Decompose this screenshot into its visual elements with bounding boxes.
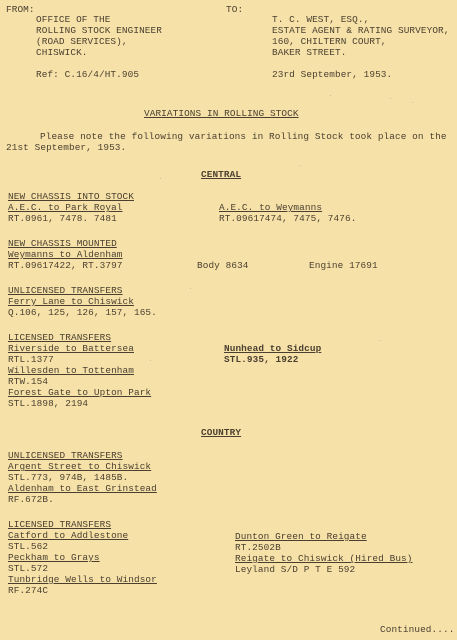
to-line: 160, CHILTERN COURT, <box>272 36 387 47</box>
subheading: NEW CHASSIS INTO STOCK <box>8 191 134 202</box>
route: Willesden to Tottenham <box>8 365 134 376</box>
body-number: Body 8634 <box>197 260 249 271</box>
route: Ferry Lane to Chiswick <box>8 296 134 307</box>
from-line: (ROAD SERVICES), <box>36 36 128 47</box>
vehicle-numbers: RT.0961, 7478. 7481 <box>8 213 117 224</box>
vehicle-numbers: RF.672B. <box>8 494 54 505</box>
route: Peckham to Grays <box>8 552 100 563</box>
route: Dunton Green to Reigate <box>235 531 367 542</box>
document-title: VARIATIONS IN ROLLING STOCK <box>144 108 299 119</box>
route: Riverside to Battersea <box>8 343 134 354</box>
vehicle-numbers: RT.09617422, RT.3797 <box>8 260 123 271</box>
paper-speck <box>390 98 391 99</box>
vehicle-numbers: RTW.154 <box>8 376 48 387</box>
to-label: TO: <box>226 4 243 15</box>
vehicle-numbers: STL.773, 974B, 1485B. <box>8 472 128 483</box>
document-date: 23rd September, 1953. <box>272 69 392 80</box>
paper-speck <box>150 360 151 361</box>
route: Catford to Addlestone <box>8 530 128 541</box>
subheading: UNLICENSED TRANSFERS <box>8 450 123 461</box>
paper-speck <box>330 95 331 96</box>
route: Weymanns to Aldenham <box>8 249 123 260</box>
from-line: ROLLING STOCK ENGINEER <box>36 25 162 36</box>
paper-speck <box>160 178 161 179</box>
paper-speck <box>190 288 191 289</box>
engine-number: Engine 17691 <box>309 260 378 271</box>
continued-note: Continued.... <box>380 624 454 635</box>
route: Tunbridge Wells to Windsor <box>8 574 157 585</box>
subheading: LICENSED TRANSFERS <box>8 519 111 530</box>
to-line: T. C. WEST, ESQ., <box>272 14 369 25</box>
section-heading-central: CENTRAL <box>201 169 241 180</box>
route: A.E.C. to Weymanns <box>219 202 322 213</box>
route: Forest Gate to Upton Park <box>8 387 151 398</box>
paper-speck <box>300 165 301 166</box>
to-line: ESTATE AGENT & RATING SURVEYOR, <box>272 25 450 36</box>
vehicle-numbers: RTL.1377 <box>8 354 54 365</box>
paper-speck <box>380 340 381 341</box>
section-heading-country: COUNTRY <box>201 427 241 438</box>
vehicle-numbers: STL.935, 1922 <box>224 354 298 365</box>
vehicle-numbers: STL.1898, 2194 <box>8 398 88 409</box>
subheading: LICENSED TRANSFERS <box>8 332 111 343</box>
from-line: CHISWICK. <box>36 47 88 58</box>
intro-text: Please note the following variations in … <box>40 131 447 142</box>
vehicle-numbers: Q.106, 125, 126, 157, 165. <box>8 307 157 318</box>
document-page: FROM: OFFICE OF THE ROLLING STOCK ENGINE… <box>0 0 457 640</box>
vehicle-numbers: Leyland S/D P T E 592 <box>235 564 355 575</box>
route: Argent Street to Chiswick <box>8 461 151 472</box>
vehicle-numbers: RF.274C <box>8 585 48 596</box>
from-label: FROM: <box>6 4 35 15</box>
vehicle-numbers: STL.562 <box>8 541 48 552</box>
from-line: OFFICE OF THE <box>36 14 110 25</box>
route: Aldenham to East Grinstead <box>8 483 157 494</box>
subheading: UNLICENSED TRANSFERS <box>8 285 123 296</box>
reference-number: Ref: C.16/4/HT.905 <box>36 69 139 80</box>
to-line: BAKER STREET. <box>272 47 346 58</box>
route: Nunhead to Sidcup <box>224 343 321 354</box>
vehicle-numbers: RT.09617474, 7475, 7476. <box>219 213 356 224</box>
paper-speck <box>412 102 413 103</box>
route: Reigate to Chiswick (Hired Bus) <box>235 553 413 564</box>
intro-text: 21st September, 1953. <box>6 142 126 153</box>
vehicle-numbers: STL.572 <box>8 563 48 574</box>
route: A.E.C. to Park Royal <box>8 202 123 213</box>
vehicle-numbers: RT.2502B <box>235 542 281 553</box>
subheading: NEW CHASSIS MOUNTED <box>8 238 117 249</box>
